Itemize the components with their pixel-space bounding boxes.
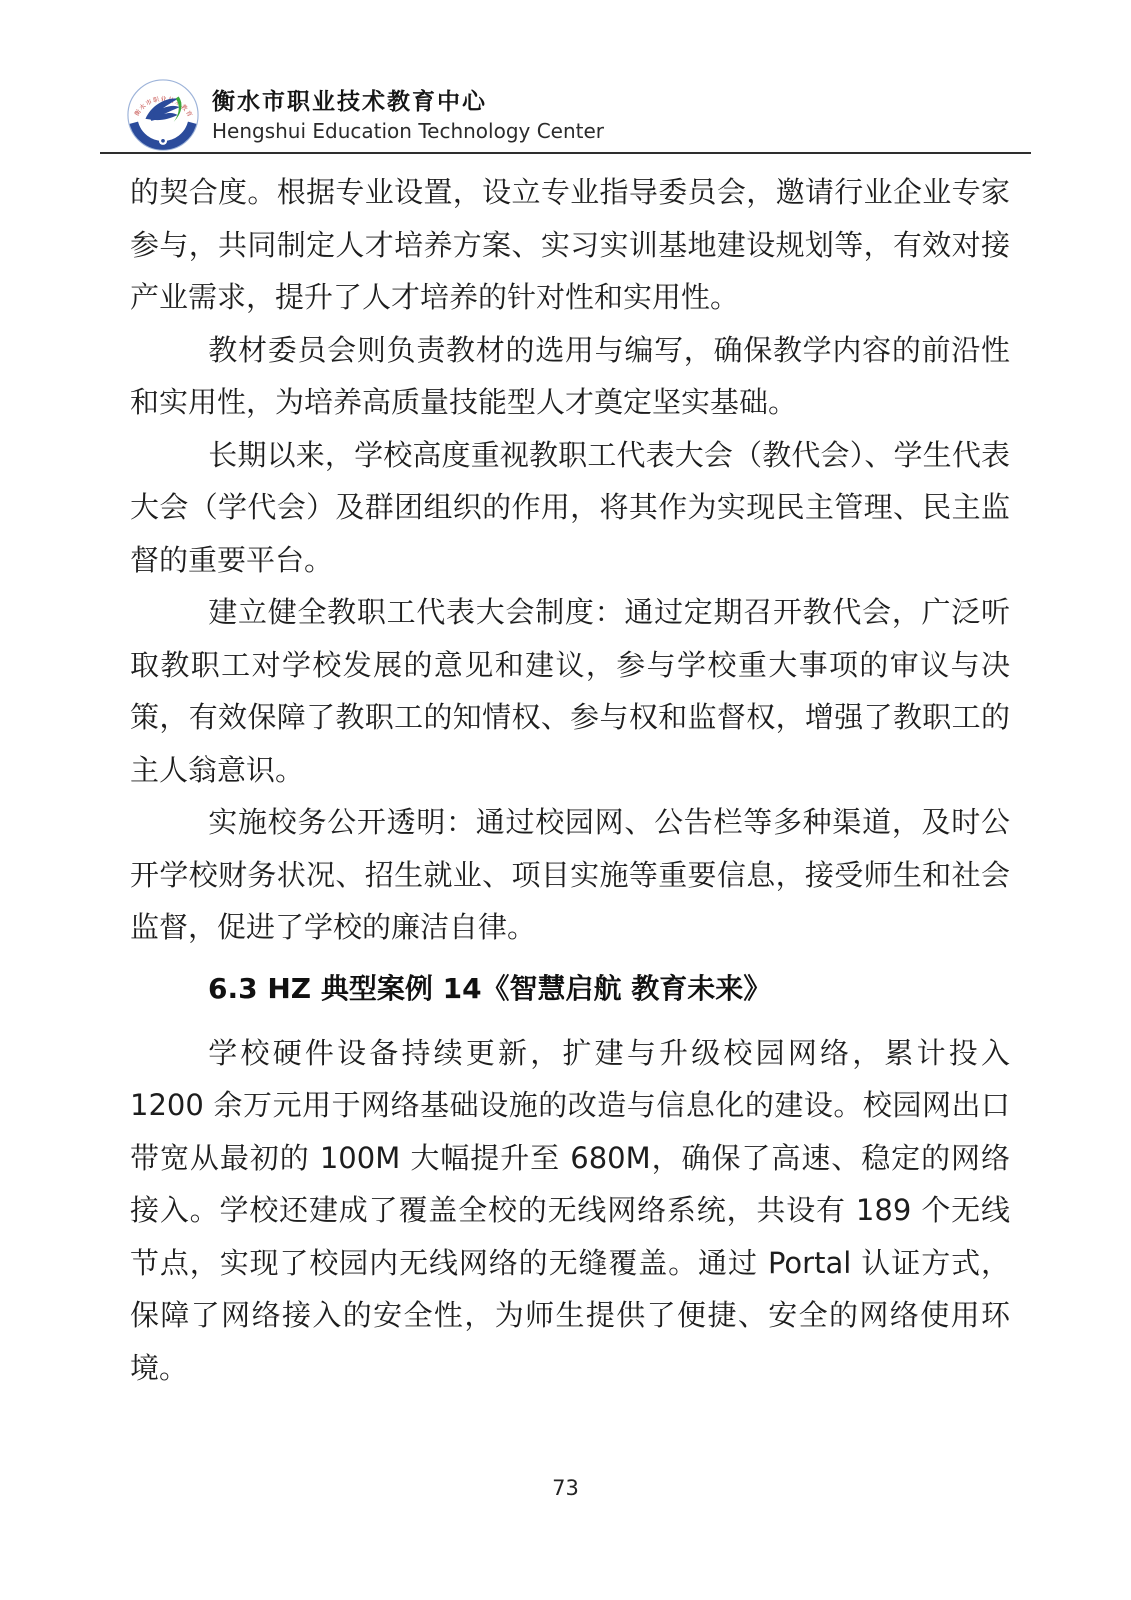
document-body: 的契合度。根据专业设置，设立专业指导委员会，邀请行业企业专家参与，共同制定人才培… <box>130 166 1010 1394</box>
page-footer: 73 <box>0 1476 1131 1500</box>
paragraph: 的契合度。根据专业设置，设立专业指导委员会，邀请行业企业专家参与，共同制定人才培… <box>130 166 1010 324</box>
section-heading: 6.3 HZ 典型案例 14《智慧启航 教育未来》 <box>130 968 1010 1010</box>
page-header: 衡水市职业技术教育中心 衡水市职业技术教育中心 Hengshui Educati… <box>126 78 604 152</box>
gear-icon <box>159 137 167 145</box>
paragraph: 教材委员会则负责教材的选用与编写，确保教学内容的前沿性和实用性，为培养高质量技能… <box>130 324 1010 429</box>
page-number: 73 <box>552 1476 579 1500</box>
document-page: 衡水市职业技术教育中心 衡水市职业技术教育中心 Hengshui Educati… <box>0 0 1131 1600</box>
header-text: 衡水市职业技术教育中心 Hengshui Education Technolog… <box>212 88 604 143</box>
school-logo-icon: 衡水市职业技术教育中心 <box>126 78 200 152</box>
org-name-english: Hengshui Education Technology Center <box>212 119 604 143</box>
paragraph: 长期以来，学校高度重视教职工代表大会（教代会）、学生代表大会（学代会）及群团组织… <box>130 429 1010 587</box>
paragraph: 学校硬件设备持续更新，扩建与升级校园网络，累计投入 1200 余万元用于网络基础… <box>130 1027 1010 1395</box>
paragraph: 建立健全教职工代表大会制度：通过定期召开教代会，广泛听取教职工对学校发展的意见和… <box>130 586 1010 796</box>
paragraph: 实施校务公开透明：通过校园网、公告栏等多种渠道，及时公开学校财务状况、招生就业、… <box>130 796 1010 954</box>
org-name-chinese: 衡水市职业技术教育中心 <box>212 88 604 116</box>
header-divider <box>100 152 1031 154</box>
